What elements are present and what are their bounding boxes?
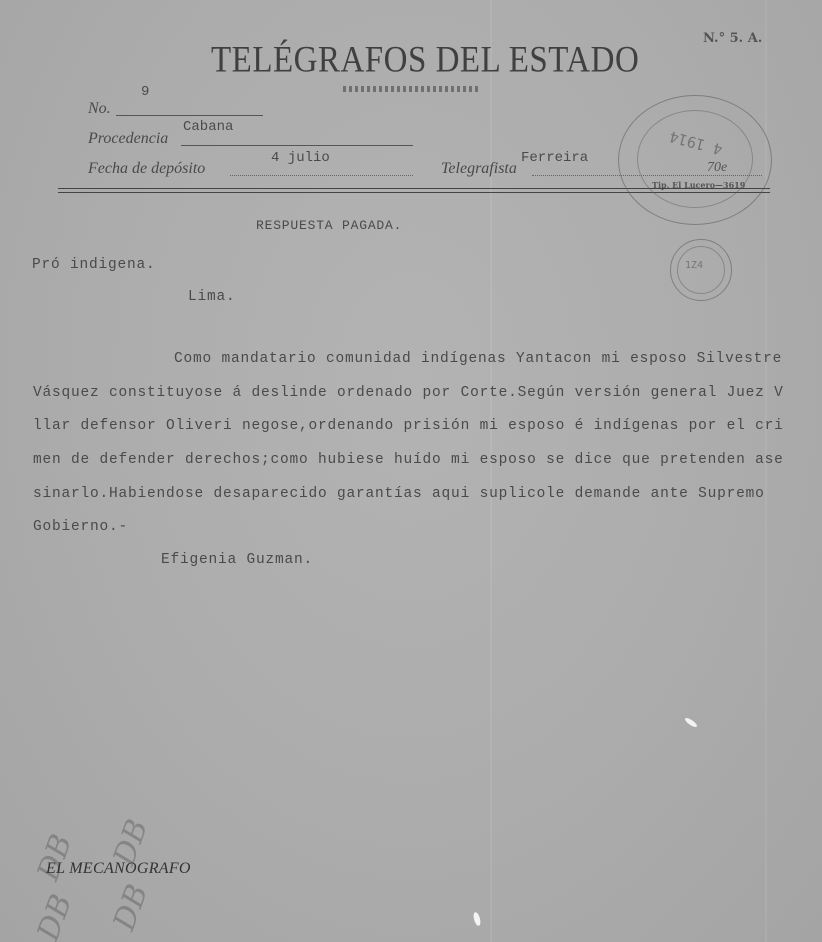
form-number: N.° 5. A. xyxy=(703,31,762,46)
addressee: Pró indigena. xyxy=(32,257,156,273)
telegrafista-value: Ferreira xyxy=(521,150,588,166)
library-stamp-mark: 1Z4 xyxy=(685,260,703,271)
postmark-inner-ring xyxy=(637,110,753,208)
message-line: Vásquez constituyose á deslinde ordenado… xyxy=(33,385,784,401)
procedencia-value: Cabana xyxy=(183,119,233,135)
message-line: sinarlo.Habiendose desaparecido garantía… xyxy=(33,486,765,502)
message-line: llar defensor Oliveri negose,ordenando p… xyxy=(33,418,784,434)
form-title: TELÉGRAFOS DEL ESTADO xyxy=(211,40,639,81)
message-line: men de defender derechos;como hubiese hu… xyxy=(33,452,784,468)
signature: Efigenia Guzman. xyxy=(161,552,313,568)
postmark-stamp: 4 1914 xyxy=(618,95,772,225)
typist-label: EL MECANOGRAFO xyxy=(46,860,191,878)
no-field-line xyxy=(116,115,263,116)
library-stamp: 1Z4 xyxy=(670,239,732,301)
fecha-field-line xyxy=(230,175,413,176)
procedencia-label: Procedencia xyxy=(88,130,168,148)
telegrafista-label: Telegrafista xyxy=(441,160,517,178)
paper-blemish xyxy=(472,911,481,926)
initials-mark: DB xyxy=(31,890,80,942)
destination: Lima. xyxy=(188,289,236,305)
message-line: Como mandatario comunidad indígenas Yant… xyxy=(174,351,782,367)
message-heading: RESPUESTA PAGADA. xyxy=(256,218,402,233)
paper-blemish xyxy=(684,716,698,728)
no-label: No. xyxy=(88,100,111,118)
fecha-value: 4 julio xyxy=(271,150,330,166)
title-ornament xyxy=(343,86,479,92)
procedencia-field-line xyxy=(181,145,413,146)
fecha-label: Fecha de depósito xyxy=(88,160,205,178)
message-line: Gobierno.- xyxy=(33,519,128,535)
no-value: 9 xyxy=(141,84,149,100)
initials-mark: DB xyxy=(107,880,156,935)
telegram-paper: TELÉGRAFOS DEL ESTADO N.° 5. A. 9 No. Ca… xyxy=(0,0,822,942)
paper-fold xyxy=(490,0,492,942)
